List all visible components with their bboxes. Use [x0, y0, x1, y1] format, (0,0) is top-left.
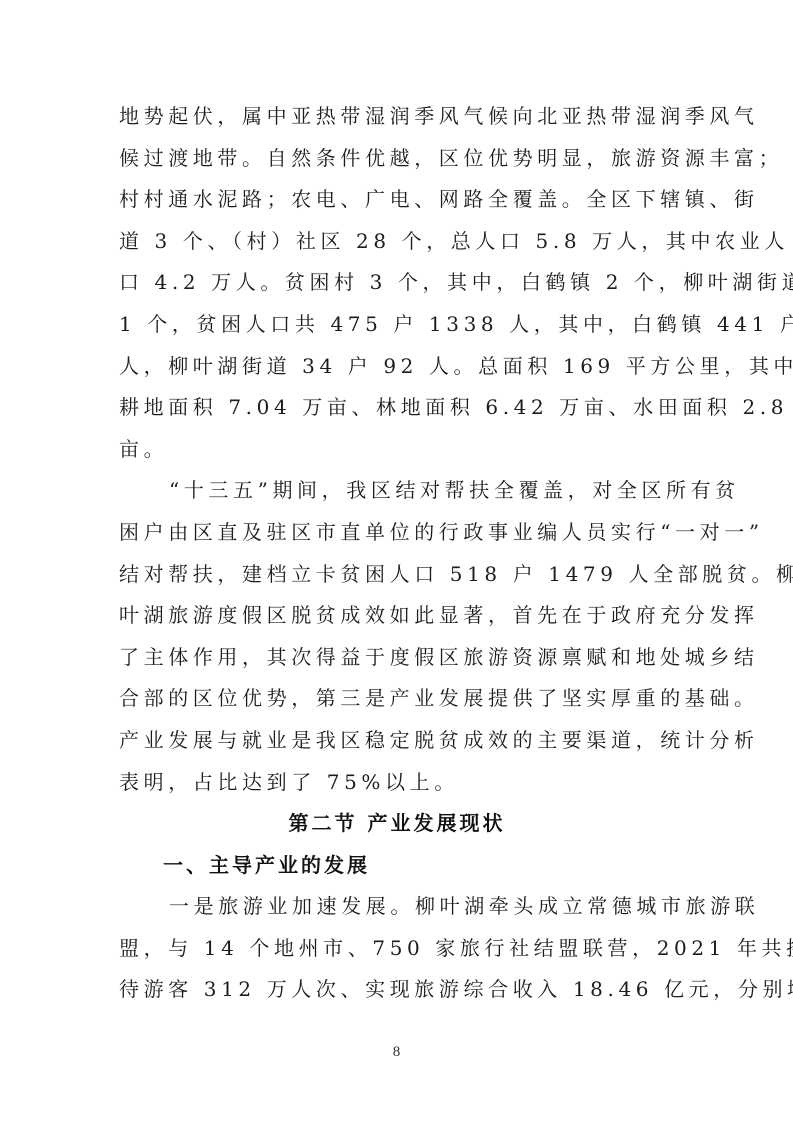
text-line: 地势起伏，属中亚热带湿润季风气候向北亚热带湿润季风气: [119, 96, 675, 138]
body-text: 地势起伏，属中亚热带湿润季风气候向北亚热带湿润季风气 候过渡地带。自然条件优越，…: [119, 96, 675, 1011]
text-line: 1 个，贫困人口共 475 户 1338 人，其中，白鹤镇 441 户 1246: [119, 304, 675, 346]
text-line: 困户由区直及驻区市直单位的行政事业编人员实行“一对一”: [119, 512, 675, 554]
subsection-title: 一、主导产业的发展: [119, 845, 675, 887]
section-title: 第二节 产业发展现状: [119, 803, 675, 845]
text-line: 人，柳叶湖街道 34 户 92 人。总面积 169 平方公里，其中，: [119, 346, 675, 388]
document-page: 地势起伏，属中亚热带湿润季风气候向北亚热带湿润季风气 候过渡地带。自然条件优越，…: [0, 0, 793, 1122]
paragraph-tourism: 一是旅游业加速发展。柳叶湖牵头成立常德城市旅游联 盟，与 14 个地州市、750…: [119, 886, 675, 1011]
text-line: 产业发展与就业是我区稳定脱贫成效的主要渠道，统计分析: [119, 720, 675, 762]
text-line: 口 4.2 万人。贫困村 3 个，其中，白鹤镇 2 个，柳叶湖街道: [119, 262, 675, 304]
paragraph-overview: 地势起伏，属中亚热带湿润季风气候向北亚热带湿润季风气 候过渡地带。自然条件优越，…: [119, 96, 675, 470]
text-line: 村村通水泥路；农电、广电、网路全覆盖。全区下辖镇、街: [119, 179, 675, 221]
page-number: 8: [0, 1044, 793, 1061]
text-line: 叶湖旅游度假区脱贫成效如此显著，首先在于政府充分发挥: [119, 595, 675, 637]
text-line: 一是旅游业加速发展。柳叶湖牵头成立常德城市旅游联: [119, 886, 675, 928]
text-line: 了主体作用，其次得益于度假区旅游资源禀赋和地处城乡结: [119, 637, 675, 679]
text-line: 合部的区位优势，第三是产业发展提供了坚实厚重的基础。: [119, 678, 675, 720]
text-line: 耕地面积 7.04 万亩、林地面积 6.42 万亩、水田面积 2.8 万: [119, 387, 675, 429]
text-line: 盟，与 14 个地州市、750 家旅行社结盟联营，2021 年共接: [119, 928, 675, 970]
text-line: “十三五”期间，我区结对帮扶全覆盖，对全区所有贫: [119, 470, 675, 512]
text-line: 待游客 312 万人次、实现旅游综合收入 18.46 亿元，分别增: [119, 969, 675, 1011]
text-line: 表明，占比达到了 75%以上。: [119, 762, 675, 804]
paragraph-poverty-alleviation: “十三五”期间，我区结对帮扶全覆盖，对全区所有贫 困户由区直及驻区市直单位的行政…: [119, 470, 675, 803]
text-line: 道 3 个、（村）社区 28 个，总人口 5.8 万人，其中农业人: [119, 221, 675, 263]
text-line: 候过渡地带。自然条件优越，区位优势明显，旅游资源丰富；: [119, 138, 675, 180]
text-line: 亩。: [119, 429, 675, 471]
text-line: 结对帮扶，建档立卡贫困人口 518 户 1479 人全部脱贫。柳: [119, 554, 675, 596]
